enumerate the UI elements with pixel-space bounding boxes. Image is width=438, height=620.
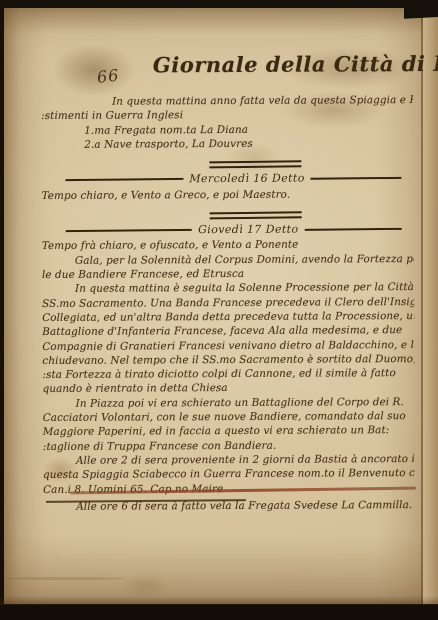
- manuscript-line: :sta Fortezza à tirato diciotto colpi di…: [42, 366, 414, 382]
- entry-lines: Tempo frà chiaro, e ofuscato, e Vento a …: [42, 238, 415, 515]
- intro-lines: In questa mattina anno fatta vela da que…: [41, 93, 413, 152]
- double-rule: [210, 212, 302, 220]
- photo-frame: 66 Giornale della Città di Livorno In qu…: [0, 0, 438, 620]
- title-row: 66 Giornale della Città di Livorno: [41, 49, 413, 95]
- page-edge-shadow: [4, 577, 124, 580]
- rule-line-right: [305, 228, 402, 231]
- manuscript-line: 2.a Nave trasporto, La Douvres: [41, 136, 413, 152]
- rule-line-left: [66, 229, 192, 232]
- rule-line-left: [65, 178, 183, 181]
- manuscript-title: Giornale della Città di Livorno: [153, 50, 438, 77]
- bottom-frame-band: [0, 605, 438, 620]
- date-heading-label: Mercoledì 16 Detto: [183, 172, 310, 186]
- date-heading-row: Mercoledì 16 Detto: [41, 171, 413, 186]
- rule-line-right: [311, 177, 402, 180]
- manuscript-line: Battaglione d'Infanteria Francese, facev…: [42, 323, 414, 339]
- double-rule: [209, 160, 301, 168]
- manuscript-line: questa Spiaggia Sciabecco in Guerra Fran…: [43, 466, 415, 482]
- dark-corner-top-right: [404, 0, 438, 19]
- entry-lines: Tempo chiaro, e Vento a Greco, e poi Mae…: [42, 187, 414, 203]
- page-fore-edge: [423, 8, 438, 604]
- journal-entries: Mercoledì 16 DettoTempo chiaro, e Vento …: [41, 160, 415, 514]
- manuscript-line: Maggiore Paperini, ed in faccia a questo…: [43, 423, 415, 439]
- manuscript-line: In questa mattina anno fatta vela da que…: [41, 93, 413, 109]
- manuscript-content: 66 Giornale della Città di Livorno In qu…: [41, 49, 415, 514]
- page-number: 66: [96, 65, 120, 86]
- date-heading-row: Giovedì 17 Detto: [42, 223, 414, 238]
- manuscript-line: In questa mattina è seguita la Solenne P…: [42, 280, 414, 296]
- date-heading-label: Giovedì 17 Detto: [192, 223, 304, 237]
- manuscript-line: Gala, per la Solennità del Corpus Domini…: [42, 252, 414, 268]
- manuscript-line: Tempo chiaro, e Vento a Greco, e poi Mae…: [42, 187, 414, 203]
